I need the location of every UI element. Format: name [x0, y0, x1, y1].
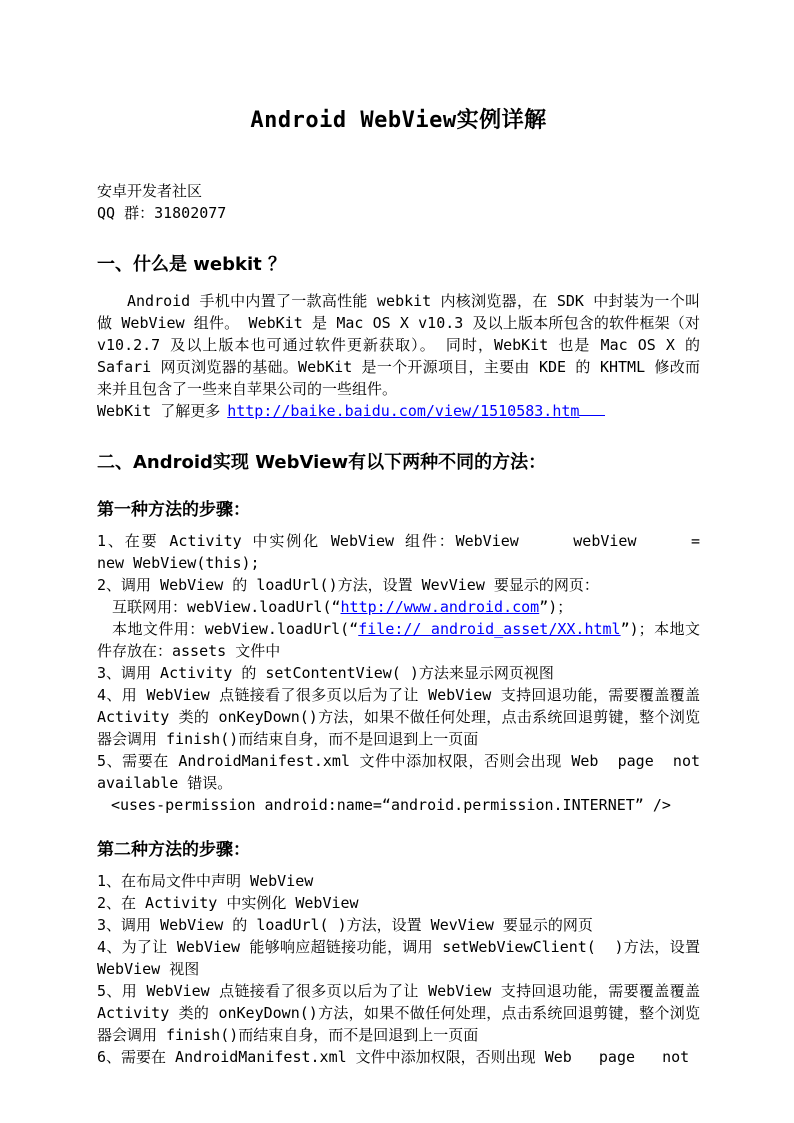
- method1-heading: 第一种方法的步骤：: [97, 498, 700, 522]
- method1-step-2-local-line: 本地文件用：webView.loadUrl(“file:// android_a…: [97, 618, 700, 662]
- android-site-link[interactable]: http://www.android.com: [341, 598, 540, 616]
- baike-webkit-link[interactable]: http://baike.baidu.com/view/1510583.htm: [227, 402, 579, 420]
- local-asset-link[interactable]: file:// android_asset/XX.html: [358, 620, 620, 638]
- local-file-prefix: 本地文件用：webView.loadUrl(“: [112, 620, 358, 638]
- method1-step-2-internet-line: 互联网用：webView.loadUrl(“http://www.android…: [97, 596, 700, 618]
- method2-step-3: 3、调用 WebView 的 loadUrl( )方法，设置 WevView 要…: [97, 914, 700, 936]
- method2-steps: 1、在布局文件中声明 WebView 2、在 Activity 中实例化 Web…: [97, 870, 700, 1068]
- document-title: Android WebView实例详解: [97, 108, 700, 134]
- internet-usage-suffix: ”)；: [539, 598, 572, 616]
- method2-step-6: 6、需要在 AndroidManifest.xml 文件中添加权限，否则出现 W…: [97, 1046, 700, 1068]
- method1-step-2: 2、调用 WebView 的 loadUrl()方法，设置 WevView 要显…: [97, 574, 700, 596]
- method1-step-4: 4、用 WebView 点链接看了很多页以后为了让 WebView 支持回退功能…: [97, 684, 700, 750]
- document-page: Android WebView实例详解 安卓开发者社区 QQ 群：3180207…: [0, 0, 794, 1123]
- method2-heading: 第二种方法的步骤：: [97, 838, 700, 862]
- method1-steps: 1、在要 Activity 中实例化 WebView 组件：WebView we…: [97, 530, 700, 816]
- author-line: 安卓开发者社区: [97, 180, 700, 202]
- webkit-intro-paragraph: Android 手机中内置了一款高性能 webkit 内核浏览器，在 SDK 中…: [97, 290, 700, 400]
- section-heading-what-is-webkit: 一、什么是 webkit ？: [97, 252, 700, 278]
- method1-step-3: 3、调用 Activity 的 setContentView( )方法来显示网页…: [97, 662, 700, 684]
- section-heading-two-methods: 二、Android实现 WebView有以下两种不同的方法：: [97, 450, 700, 476]
- webkit-more-line: WebKit 了解更多http://baike.baidu.com/view/1…: [97, 400, 700, 422]
- method1-step-5: 5、需要在 AndroidManifest.xml 文件中添加权限，否则会出现 …: [97, 750, 700, 794]
- webkit-more-label: WebKit 了解更多: [97, 402, 220, 420]
- method1-step-1: 1、在要 Activity 中实例化 WebView 组件：WebView we…: [97, 530, 700, 574]
- uses-permission-code-line: <uses-permission android:name=“android.p…: [97, 794, 700, 816]
- method2-step-5: 5、用 WebView 点链接看了很多页以后为了让 WebView 支持回退功能…: [97, 980, 700, 1046]
- method2-step-2: 2、在 Activity 中实例化 WebView: [97, 892, 700, 914]
- qq-group-line: QQ 群：31802077: [97, 202, 700, 224]
- internet-usage-prefix: 互联网用：webView.loadUrl(“: [112, 598, 341, 616]
- method2-step-4: 4、为了让 WebView 能够响应超链接功能，调用 setWebViewCli…: [97, 936, 700, 980]
- link-underline-tail: [579, 401, 605, 416]
- method2-step-1: 1、在布局文件中声明 WebView: [97, 870, 700, 892]
